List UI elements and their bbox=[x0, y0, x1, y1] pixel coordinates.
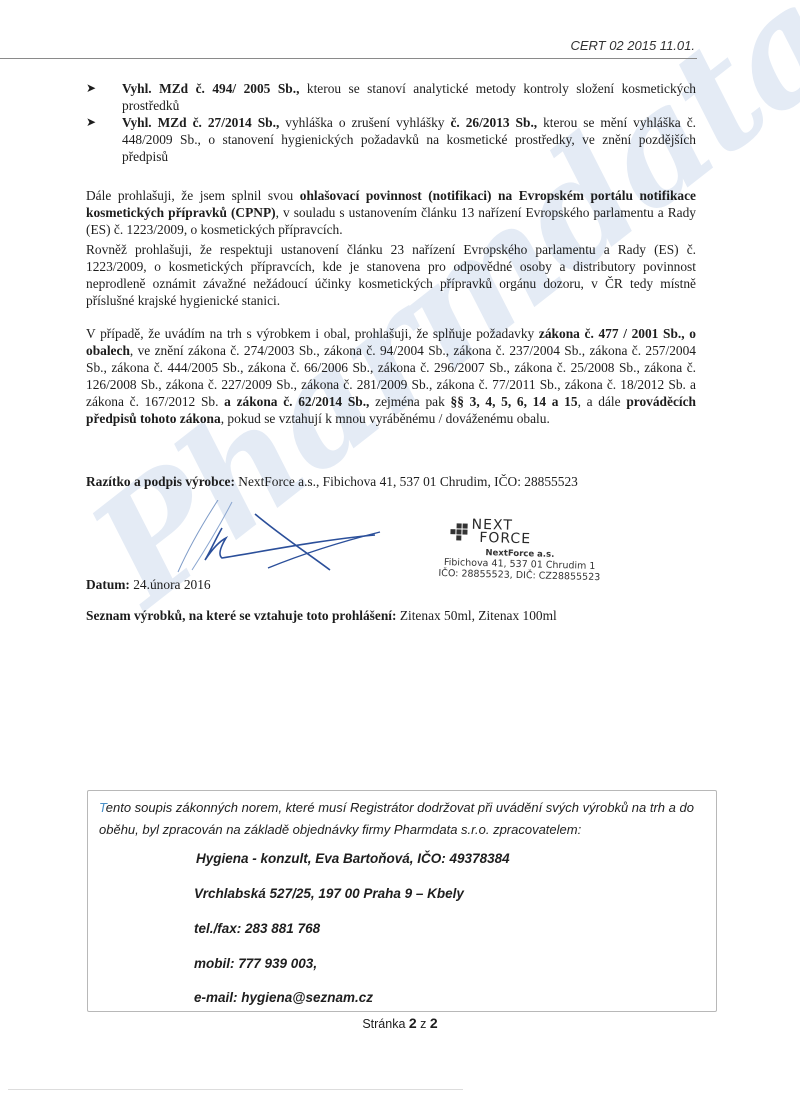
page-header: CERT 02 2015 11.01. bbox=[0, 0, 697, 59]
list-item: ➤ Vyhl. MZd č. 494/ 2005 Sb., kterou se … bbox=[86, 80, 696, 114]
page-separator: z bbox=[417, 1017, 430, 1031]
page-label: Stránka bbox=[362, 1017, 409, 1031]
logo-text-force: FORCE bbox=[471, 532, 531, 547]
article23-paragraph: Rovněž prohlašuji, že respektuji ustanov… bbox=[86, 241, 696, 309]
date-value: 24.února 2016 bbox=[130, 577, 211, 592]
company-stamp: NEXT FORCE NextForce a.s. Fibichova 41, … bbox=[429, 518, 611, 584]
document-code: CERT 02 2015 11.01. bbox=[570, 38, 695, 53]
date-label: Datum: bbox=[86, 577, 130, 592]
nextforce-logo: NEXT FORCE bbox=[450, 518, 611, 548]
regulation-ref: č. 26/2013 Sb., bbox=[450, 115, 537, 130]
text: zejména pak bbox=[369, 394, 450, 409]
bold-text: a zákona č. 62/2014 Sb., bbox=[224, 394, 369, 409]
processor-name: Hygiena - konzult, Eva Bartoňová, IČO: 4… bbox=[196, 851, 510, 866]
intro-text: ento soupis zákonných norem, které musí … bbox=[99, 800, 694, 837]
regulation-text: vyhláška o zrušení vyhlášky bbox=[279, 115, 450, 130]
regulation-ref: Vyhl. MZd č. 27/2014 Sb., bbox=[122, 115, 279, 130]
intro-initial: T bbox=[99, 800, 106, 815]
page-number: Stránka 2 z 2 bbox=[0, 1015, 800, 1031]
text: V případě, že uvádím na trh s výrobkem i… bbox=[86, 326, 539, 341]
manufacturer-details: NextForce a.s., Fibichova 41, 537 01 Chr… bbox=[235, 474, 578, 489]
processor-email[interactable]: e-mail: hygiena@seznam.cz bbox=[194, 990, 373, 1005]
logo-squares-icon bbox=[450, 523, 467, 540]
packaging-paragraph: V případě, že uvádím na trh s výrobkem i… bbox=[86, 325, 696, 427]
arrow-bullet-icon: ➤ bbox=[86, 114, 96, 131]
bold-text: §§ 3, 4, 5, 6, 14 a 15 bbox=[451, 394, 578, 409]
product-list-line: Seznam výrobků, na které se vztahuje tot… bbox=[86, 608, 557, 624]
manufacturer-signature-line: Razítko a podpis výrobce: NextForce a.s.… bbox=[86, 474, 578, 490]
list-item: ➤ Vyhl. MZd č. 27/2014 Sb., vyhláška o z… bbox=[86, 114, 696, 165]
page-total: 2 bbox=[430, 1015, 438, 1031]
handwritten-signature bbox=[160, 500, 400, 580]
products-value: Zitenax 50ml, Zitenax 100ml bbox=[396, 608, 556, 623]
notification-paragraph: Dále prohlašuji, že jsem splnil svou ohl… bbox=[86, 187, 696, 238]
text: Dále prohlašuji, že jsem splnil svou bbox=[86, 188, 300, 203]
arrow-bullet-icon: ➤ bbox=[86, 80, 96, 97]
processor-phone: tel./fax: 283 881 768 bbox=[194, 921, 320, 936]
regulation-ref: Vyhl. MZd č. 494/ 2005 Sb., bbox=[122, 81, 299, 96]
info-box-intro: Tento soupis zákonných norem, které musí… bbox=[99, 797, 709, 841]
date-line: Datum: 24.února 2016 bbox=[86, 577, 211, 593]
bottom-divider bbox=[8, 1089, 463, 1090]
text: , a dále bbox=[578, 394, 627, 409]
regulation-list: ➤ Vyhl. MZd č. 494/ 2005 Sb., kterou se … bbox=[86, 80, 696, 165]
processor-address: Vrchlabská 527/25, 197 00 Praha 9 – Kbel… bbox=[194, 886, 464, 901]
text: , pokud se vztahují k mnou vyráběnému / … bbox=[221, 411, 550, 426]
document-page: CERT 02 2015 11.01. ➤ Vyhl. MZd č. 494/ … bbox=[0, 0, 800, 1100]
page-current: 2 bbox=[409, 1015, 417, 1031]
processor-mobile: mobil: 777 939 003, bbox=[194, 956, 317, 971]
processor-info-box: Tento soupis zákonných norem, které musí… bbox=[87, 790, 717, 1012]
products-label: Seznam výrobků, na které se vztahuje tot… bbox=[86, 608, 396, 623]
signature-label: Razítko a podpis výrobce: bbox=[86, 474, 235, 489]
